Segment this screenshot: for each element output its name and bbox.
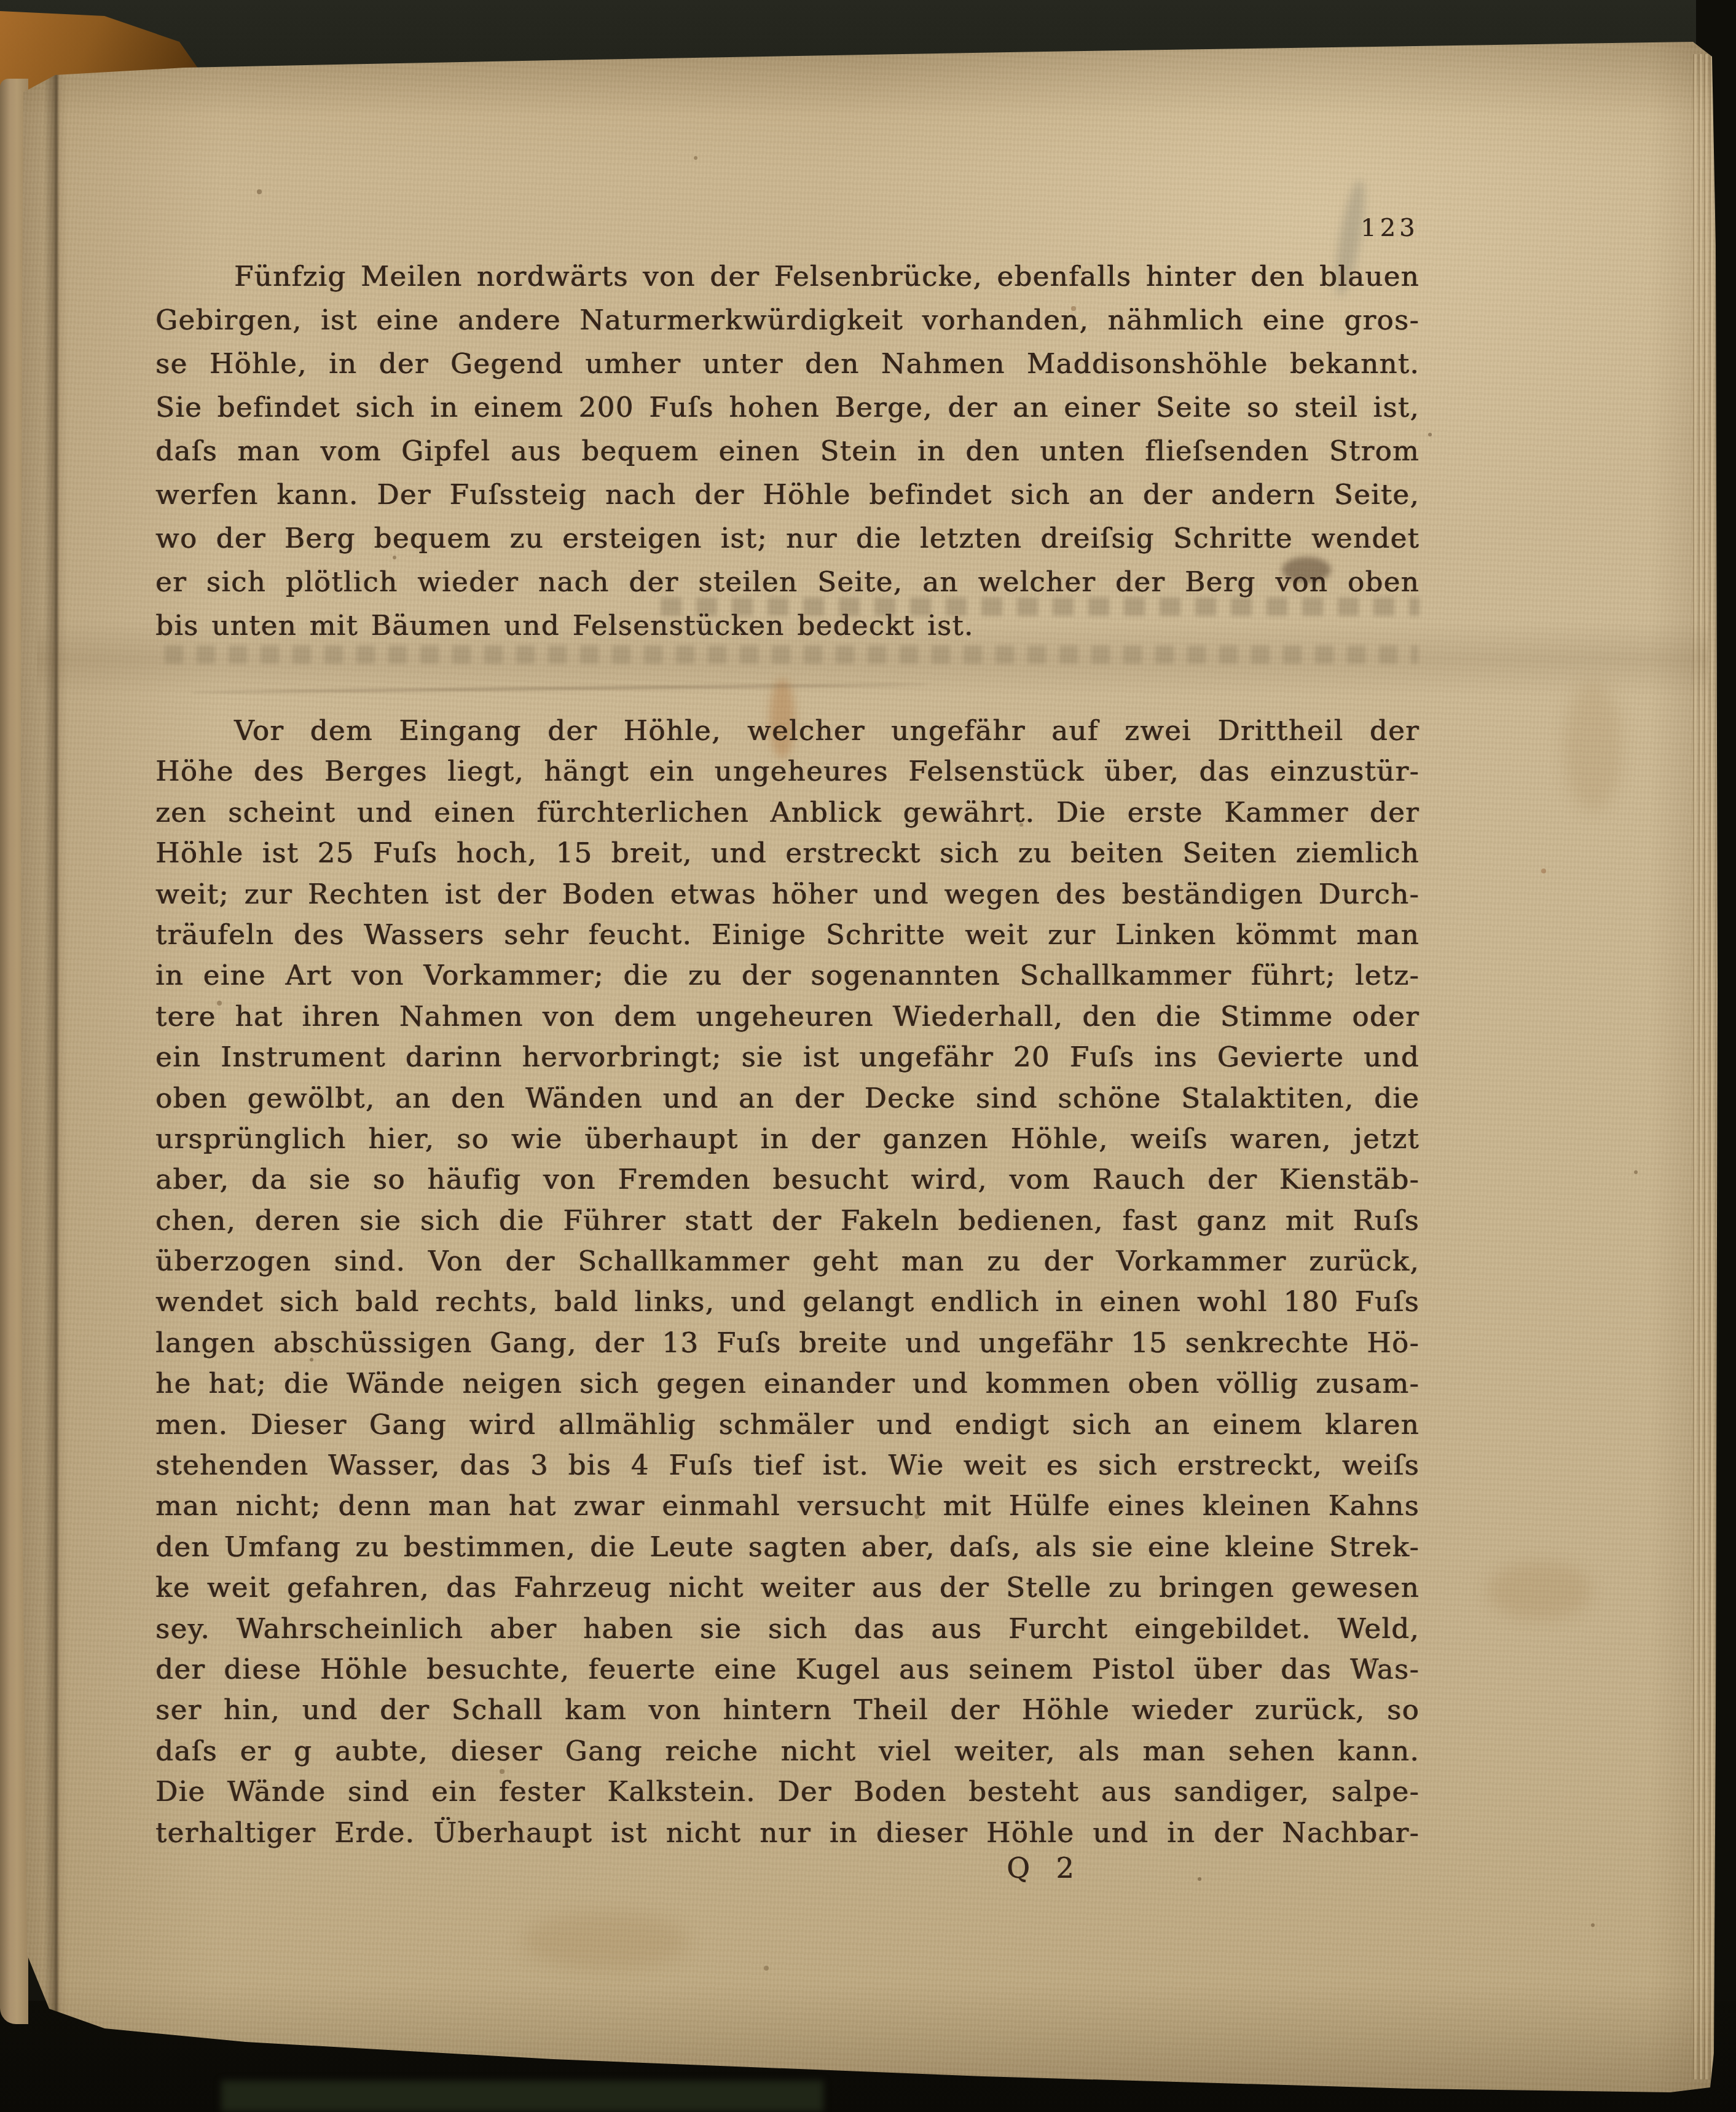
- text-line: chen, deren sie sich die Führer statt de…: [155, 1200, 1420, 1241]
- text-line: der diese Höhle besuchte, feuerte eine K…: [155, 1649, 1420, 1690]
- text-line: wendet sich bald rechts, bald links, und…: [155, 1282, 1420, 1322]
- text-line: wo der Berg bequem zu ersteigen ist; nur…: [155, 516, 1420, 560]
- text-line: er sich plötlich wieder nach der steilen…: [155, 560, 1420, 604]
- text-line: aber, da sie so häufig von Fremden besuc…: [155, 1159, 1420, 1200]
- paragraph-2: Vor dem Eingang der Höhle, welcher ungef…: [155, 711, 1420, 1853]
- show-through-text-line: [165, 645, 1418, 664]
- paragraph-1: Fünfzig Meilen nordwärts von der Felsenb…: [155, 254, 1420, 647]
- text-line: bis unten mit Bäumen und Felsenstücken b…: [155, 604, 1420, 647]
- book-scan-scene: 123 Fünfzig Meilen nordwärts von der Fel…: [0, 0, 1736, 2112]
- text-line: werfen kann. Der Fuſssteig nach der Höhl…: [155, 473, 1420, 516]
- text-line: men. Dieser Gang wird allmählig schmäler…: [155, 1405, 1420, 1445]
- text-line: weit; zur Rechten ist der Boden etwas hö…: [155, 874, 1420, 915]
- text-line: terhaltiger Erde. Überhaupt ist nicht nu…: [155, 1813, 1420, 1853]
- text-line: man nicht; denn man hat zwar einmahl ver…: [155, 1486, 1420, 1526]
- text-line: ke weit gefahren, das Fahrzeug nicht wei…: [155, 1567, 1420, 1608]
- text-line: Fünfzig Meilen nordwärts von der Felsenb…: [155, 254, 1420, 298]
- text-line: Die Wände sind ein fester Kalkstein. Der…: [155, 1771, 1420, 1812]
- text-line: den Umfang zu bestimmen, die Leute sagte…: [155, 1527, 1420, 1567]
- stacked-page-edges: [1691, 54, 1716, 2079]
- text-line: Gebirgen, ist eine andere Naturmerkwürdi…: [155, 298, 1420, 342]
- text-line: he hat; die Wände neigen sich gegen eina…: [155, 1363, 1420, 1404]
- text-line: Höhe des Berges liegt, hängt ein ungeheu…: [155, 751, 1420, 792]
- signature-mark: Q 2: [1007, 1851, 1083, 1885]
- text-line: stehenden Wasser, das 3 bis 4 Fuſs tief …: [155, 1445, 1420, 1486]
- text-line: ser hin, und der Schall kam von hintern …: [155, 1690, 1420, 1730]
- text-line: oben gewölbt, an den Wänden und an der D…: [155, 1078, 1420, 1119]
- gutter-crease: [44, 73, 68, 2036]
- book-page: 123 Fünfzig Meilen nordwärts von der Fel…: [0, 0, 1736, 2112]
- text-line: langen abschüssigen Gang, der 13 Fuſs br…: [155, 1323, 1420, 1363]
- text-line: tere hat ihren Nahmen von dem ungeheuren…: [155, 996, 1420, 1037]
- text-line: Sie befindet sich in einem 200 Fuſs hohe…: [155, 385, 1420, 429]
- text-line: daſs er g aubte, dieser Gang reiche nich…: [155, 1731, 1420, 1771]
- text-line: in eine Art von Vorkammer; die zu der so…: [155, 955, 1420, 996]
- text-line: ursprünglich hier, so wie überhaupt in d…: [155, 1119, 1420, 1159]
- page-number: 123: [1361, 214, 1418, 242]
- text-line: se Höhle, in der Gegend umher unter den …: [155, 342, 1420, 385]
- text-line: ein Instrument darinn hervorbringt; sie …: [155, 1037, 1420, 1078]
- text-line: daſs man vom Gipfel aus bequem einen Ste…: [155, 429, 1420, 473]
- text-line: zen scheint und einen fürchterlichen Anb…: [155, 792, 1420, 833]
- text-line: Höhle ist 25 Fuſs hoch, 15 breit, und er…: [155, 833, 1420, 873]
- background-bottom-patch: [221, 2081, 823, 2112]
- text-line: Vor dem Eingang der Höhle, welcher ungef…: [155, 711, 1420, 751]
- text-line: sey. Wahrscheinlich aber haben sie sich …: [155, 1609, 1420, 1649]
- text-line: träufeln des Wassers sehr feucht. Einige…: [155, 915, 1420, 955]
- text-line: überzogen sind. Von der Schallkammer geh…: [155, 1241, 1420, 1282]
